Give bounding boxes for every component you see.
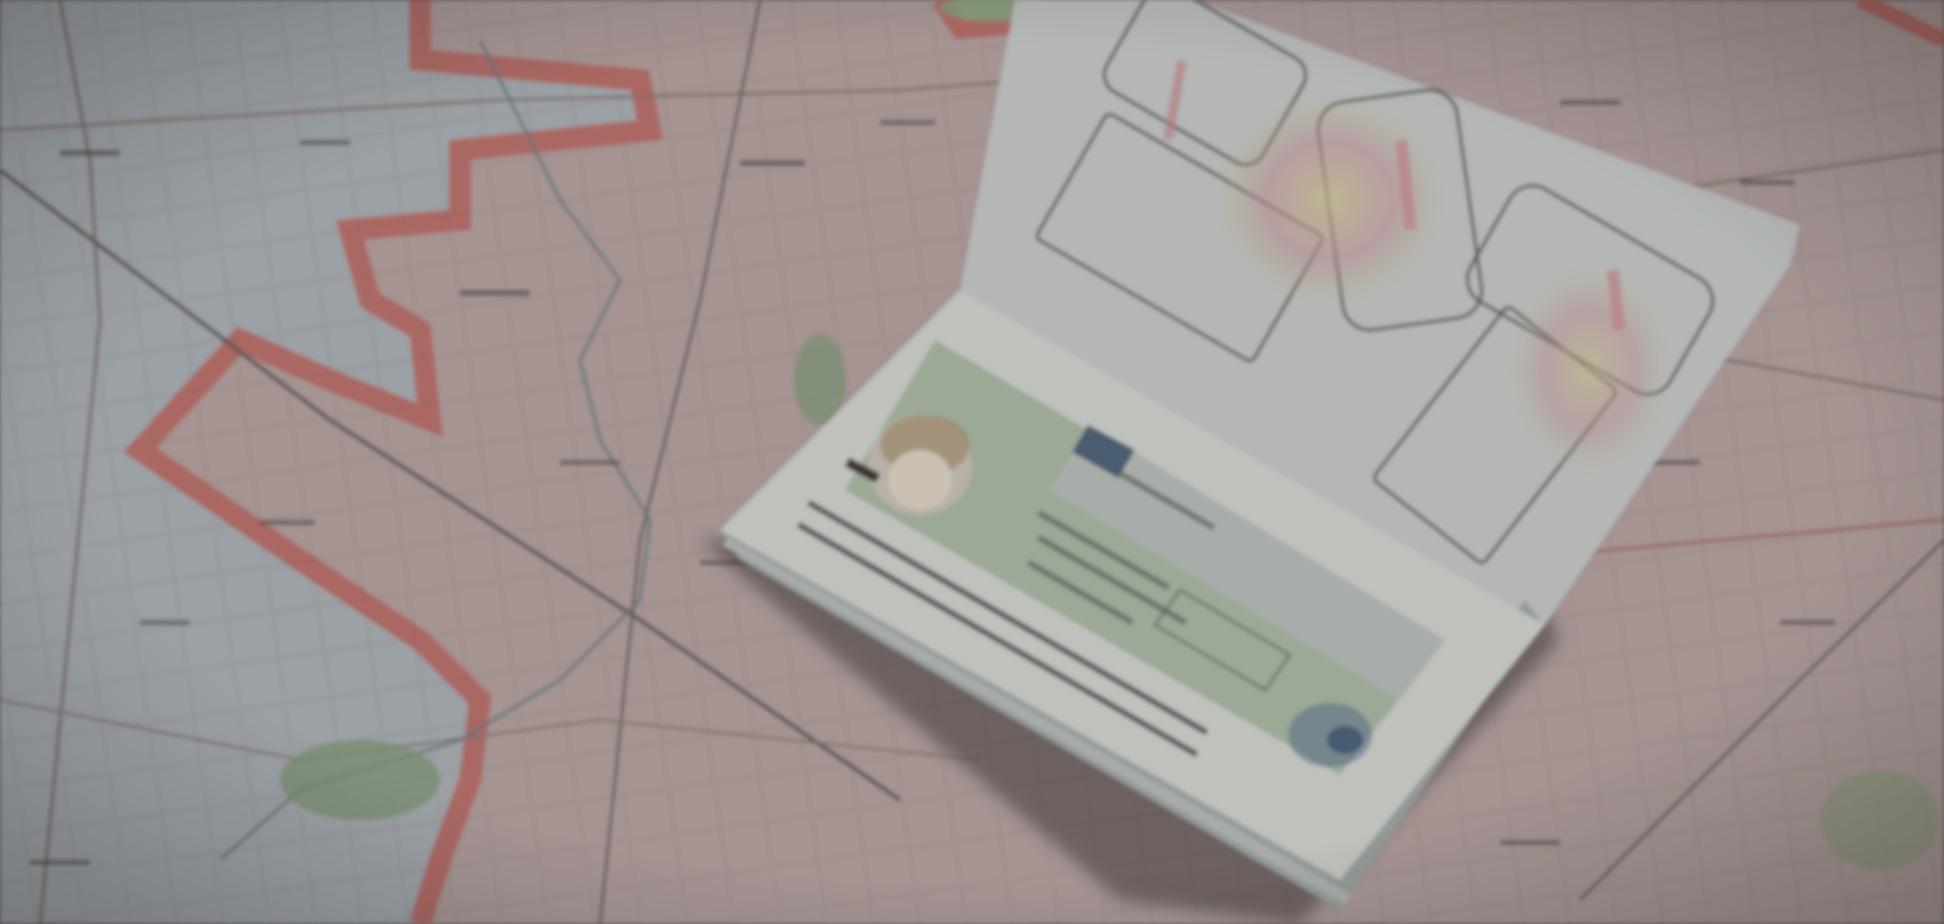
photo-illustration bbox=[0, 0, 1944, 924]
photo-scene bbox=[0, 0, 1944, 924]
